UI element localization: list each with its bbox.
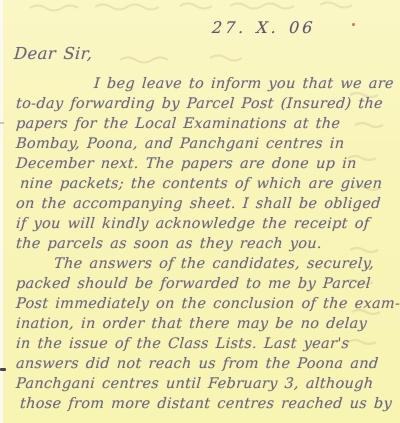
salutation: Dear Sir, [13,44,93,63]
letter-line: papers for the Local Examinations at the [15,116,340,132]
letter-date: 27. X. 06 [211,18,316,37]
letter-line: The answers of the candidates, securely, [53,256,374,272]
letter-line: the parcels as soon as they reach you. [15,236,322,252]
letter-line: to-day forwarding by Parcel Post (Insure… [15,96,383,112]
letter-line: ination, in order that there may be no d… [15,316,367,332]
letter-line: if you will kindly acknowledge the recei… [15,216,370,232]
letter-line: those from more distant centres reached … [19,396,392,412]
letter-line: nine packets; the contents of which are … [19,176,382,192]
letter-line: answers did not reach us from the Poona … [15,356,379,372]
letter-line: packed should be forwarded to me by Parc… [15,276,371,292]
scan-edge [0,0,3,423]
edge-mark [0,368,6,371]
edge-mark-faint [0,122,4,124]
ink-speck [352,23,355,26]
letter-line: December next. The papers are done up in [15,156,357,172]
letter-line: I beg leave to inform you that we are [93,76,394,92]
letter-line: Post immediately on the conclusion of th… [15,296,400,312]
letter-line: in the issue of the Class Lists. Last ye… [15,336,349,352]
letter-line: Bombay, Poona, and Panchgani centres in [15,136,345,152]
letter-line: on the accompanying sheet. I shall be ob… [15,196,381,212]
letter-line: Panchgani centres until February 3, alth… [15,376,374,392]
letter-page: 27. X. 06 Dear Sir, I beg leave to infor… [0,0,400,423]
